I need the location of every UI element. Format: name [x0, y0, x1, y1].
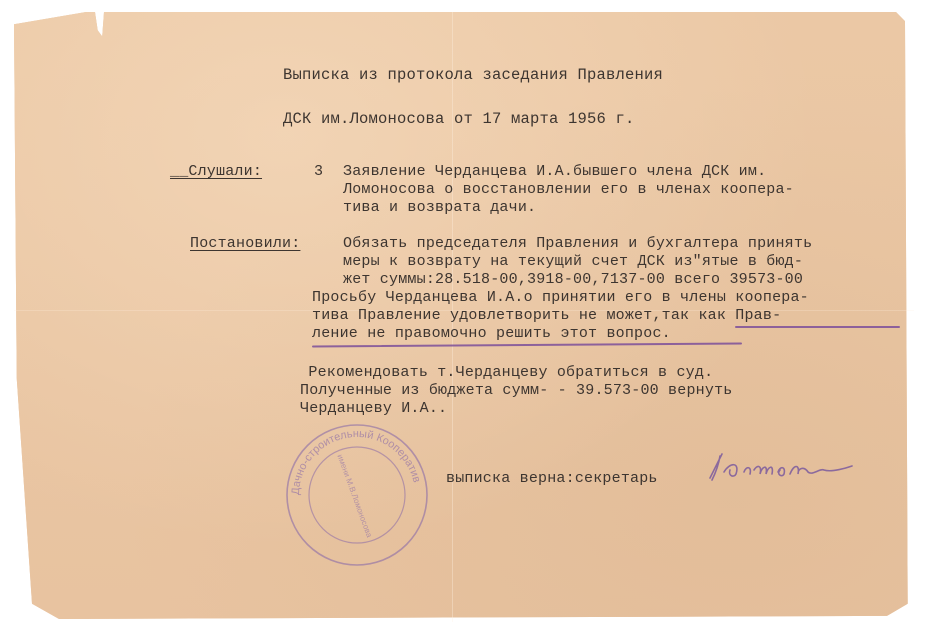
recommend-line-1: Рекомендовать т.Черданцеву обратиться в …	[290, 364, 713, 382]
pen-underline-1	[735, 326, 900, 328]
resolved-label: Постановили:	[190, 235, 300, 253]
resolved-line-2: меры к возврату на текущий счет ДСК из"я…	[343, 253, 803, 271]
recommend-line-2: Полученные из бюджета сумм- - 39.573-00 …	[300, 382, 732, 400]
title-line-1: Выписка из протокола заседания Правления	[283, 66, 663, 84]
stamp-inner-text: имени М.В.Ломоносова	[335, 453, 374, 539]
heard-item-number: 3	[314, 163, 323, 181]
resolved-line-1: Обязать председателя Правления и бухгалт…	[343, 235, 812, 253]
cooperative-stamp: Дачно-строительный Кооператив имени М.В.…	[282, 420, 432, 570]
resolved-line-5: тива Правление удовлетворить не может,та…	[312, 307, 781, 325]
heard-line-2: Ломоносова о восстановлении его в членах…	[343, 181, 794, 199]
resolved-line-3: жет суммы:28.518-00,3918-00,7137-00 всег…	[343, 271, 803, 289]
title-line-2: ДСК им.Ломоносова от 17 марта 1956 г.	[283, 110, 635, 128]
resolved-line-6: ление не правомочно решить этот вопрос.	[312, 325, 671, 343]
heard-line-1: Заявление Черданцева И.А.бывшего члена Д…	[343, 163, 766, 181]
recommend-line-3: Черданцеву И.А..	[300, 400, 447, 418]
certification-text: выписка верна:секретарь	[446, 470, 658, 488]
resolved-line-4: Просьбу Черданцева И.А.о принятии его в …	[312, 289, 809, 307]
heard-line-3: тива и возврата дачи.	[343, 199, 536, 217]
secretary-signature	[700, 448, 860, 488]
heard-label: __Слушали:	[170, 163, 262, 181]
